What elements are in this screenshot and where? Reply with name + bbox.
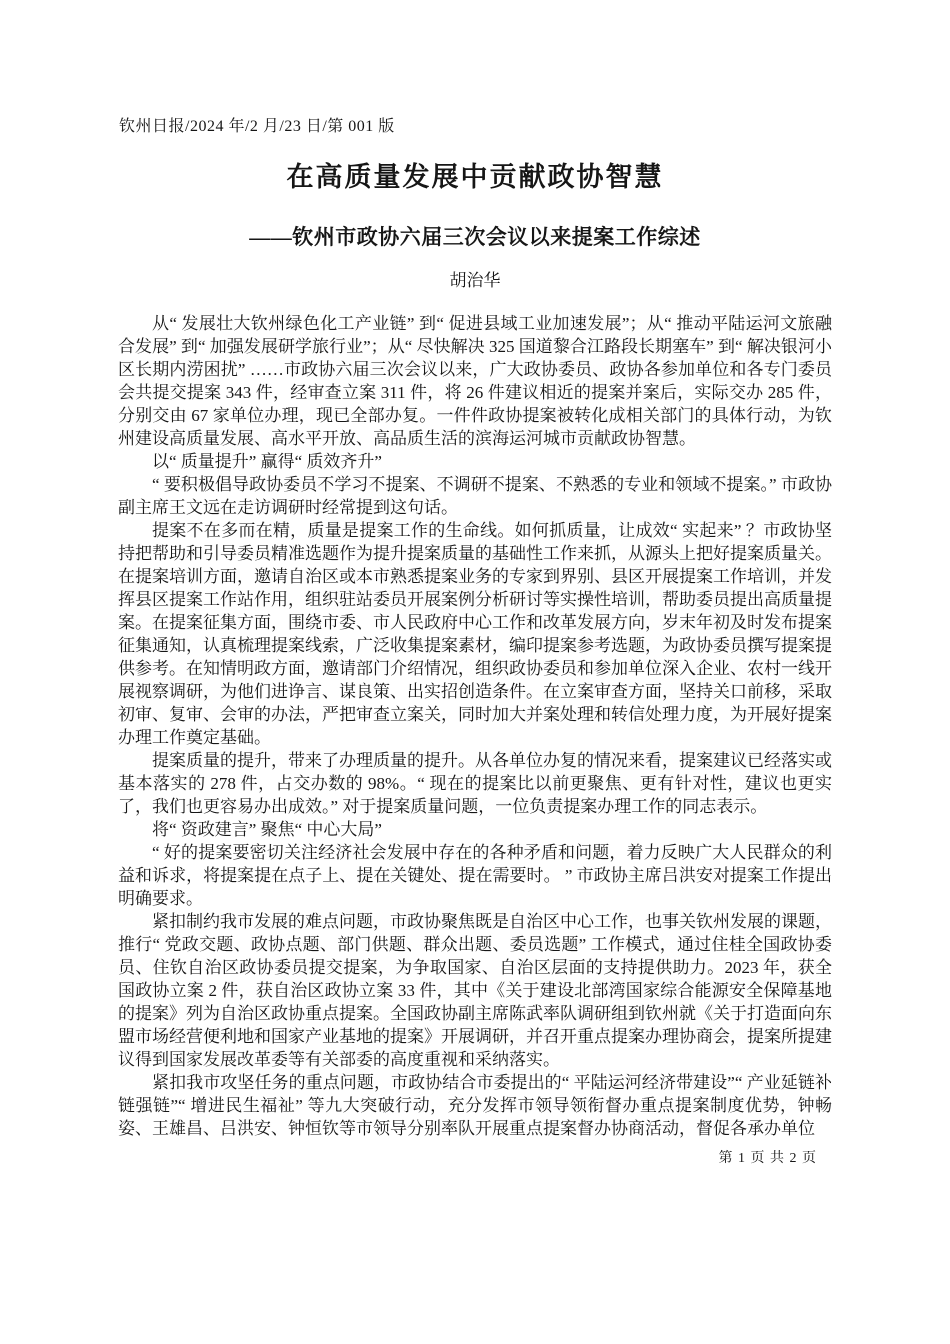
- paragraph-quality-measures: 提案不在多而在精，质量是提案工作的生命线。如何抓质量，让成效“ 实起来” ？市政…: [118, 519, 832, 749]
- paragraph-quote-wangwenyuan: “ 要积极倡导政协委员不学习不提案、不调研不提案、不熟悉的专业和领域不提案。” …: [118, 473, 832, 519]
- section-subhead-quality: 以“ 质量提升” 赢得“ 质效齐升”: [118, 450, 832, 473]
- article-subtitle: ——钦州市政协六届三次会议以来提案工作综述: [0, 221, 950, 251]
- section-subhead-advice: 将“ 资政建言” 聚焦“ 中心大局”: [118, 818, 832, 841]
- paragraph-key-actions: 紧扣我市攻坚任务的重点问题，市政协结合市委提出的“ 平陆运河经济带建设”“ 产业…: [118, 1071, 832, 1140]
- article-body: 从“ 发展壮大钦州绿色化工产业链” 到“ 促进县域工业加速发展”；从“ 推动平陆…: [118, 312, 832, 1140]
- paragraph-intro: 从“ 发展壮大钦州绿色化工产业链” 到“ 促进县域工业加速发展”；从“ 推动平陆…: [118, 312, 832, 450]
- article-title: 在高质量发展中贡献政协智慧: [0, 155, 950, 194]
- paragraph-handling-results: 提案质量的提升，带来了办理质量的提升。从各单位办复的情况来看，提案建议已经落实或…: [118, 749, 832, 818]
- document-page: 钦州日报/2024 年/2 月/23 日/第 001 版 在高质量发展中贡献政协…: [0, 0, 950, 1344]
- article-author: 胡治华: [0, 266, 950, 291]
- publication-header: 钦州日报/2024 年/2 月/23 日/第 001 版: [119, 113, 395, 136]
- paragraph-quote-luhongan: “ 好的提案要密切关注经济社会发展中存在的各种矛盾和问题，着力反映广大人民群众的…: [118, 841, 832, 910]
- page-number: 第 1 页 共 2 页: [719, 1147, 818, 1167]
- paragraph-key-topics: 紧扣制约我市发展的难点问题，市政协聚焦既是自治区中心工作，也事关钦州发展的课题，…: [118, 910, 832, 1071]
